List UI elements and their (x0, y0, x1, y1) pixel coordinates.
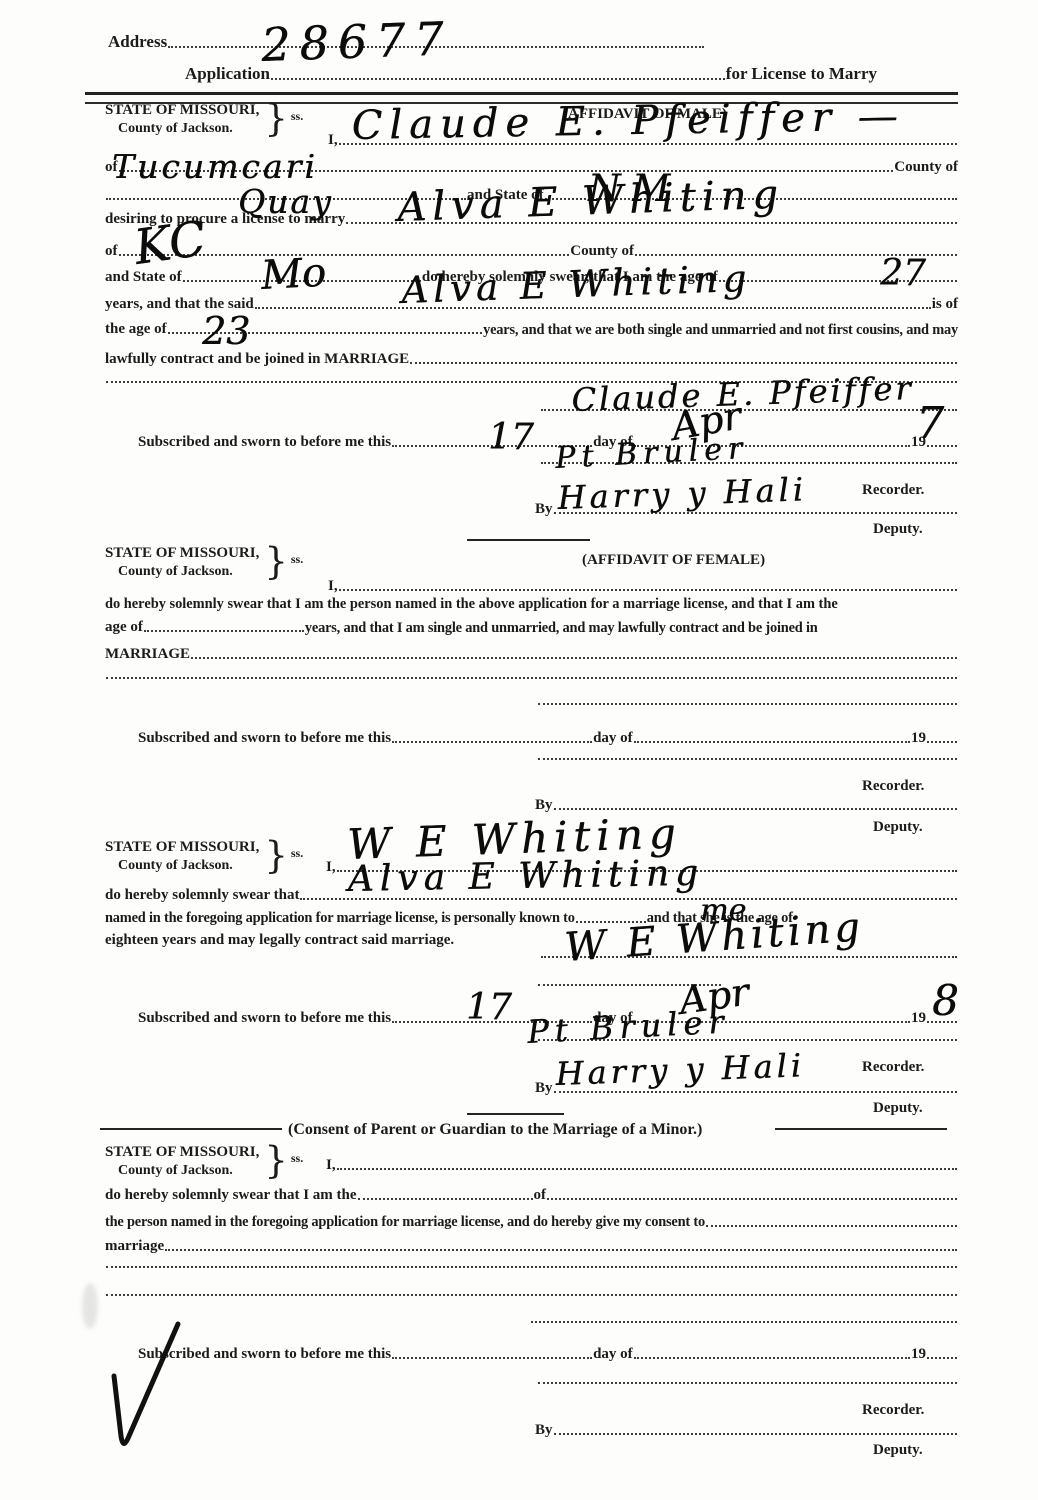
brace-glyph: } (264, 103, 288, 134)
witness-swear-label: do hereby solemnly swear that (105, 887, 299, 904)
consent-relation-line: do hereby solemnly swear that I am the o… (105, 1187, 958, 1204)
section-separator-1 (467, 539, 590, 541)
sworn-day-blank (392, 739, 592, 743)
deputy-label-1: Deputy. (873, 521, 923, 538)
handwriting-bride-city: KC (131, 215, 208, 272)
scanned-marriage-application-page: Address Application for License to Marry… (0, 0, 1038, 1500)
nineteen-label: 19 (911, 1346, 926, 1363)
consent-title: (Consent of Parent or Guardian to the Ma… (288, 1121, 702, 1139)
state-label: STATE OF MISSOURI, (105, 544, 259, 563)
age-of-label: age of (105, 619, 143, 636)
bride-name-2-blank (255, 305, 931, 309)
application-label: Application (185, 64, 270, 84)
handwriting-sworn-day-2: 17 (466, 990, 512, 1026)
lawfully-blank (410, 360, 957, 364)
marriage-label: MARRIAGE (105, 646, 190, 663)
handwriting-bride-name-3: Alva E Whiting (347, 856, 704, 898)
consent-title-rule-right (775, 1128, 947, 1130)
handwriting-bride-state: Mo (260, 253, 327, 296)
i-label: I, (328, 132, 338, 149)
i-label: I, (326, 859, 336, 876)
handwriting-recorder-signature-2: Pt Bruler (526, 1005, 730, 1048)
ss-label: ss. (291, 109, 303, 124)
handwriting-sworn-year-1: 7 (916, 402, 944, 446)
of-label: of (534, 1187, 547, 1204)
female-sworn-line: Subscribed and sworn to before me this d… (138, 730, 958, 747)
female-marriage-line: MARRIAGE (105, 646, 958, 663)
affidavit-female-title: (AFFIDAVIT OF FEMALE) (582, 552, 765, 569)
day-of-label: day of (593, 1346, 633, 1363)
blank-dotted-line (105, 1264, 958, 1272)
of-label: of (105, 243, 118, 260)
by-label: By (535, 797, 553, 814)
recorder-label-1: Recorder. (862, 482, 924, 499)
relation-blank (358, 1196, 533, 1200)
scan-smudge-artifact (82, 1283, 98, 1329)
venue-block-male: STATE OF MISSOURI, County of Jackson. } … (105, 101, 303, 137)
sworn-label: Subscribed and sworn to before me this (138, 1010, 391, 1027)
witness-named-label: named in the foregoing application for m… (105, 910, 575, 927)
female-age-line: age of years, and that I am single and u… (105, 619, 958, 636)
female-name-blank (339, 587, 957, 591)
section-separator-3 (467, 1113, 564, 1115)
consent-person-line: the person named in the foregoing applic… (105, 1214, 958, 1231)
handwriting-groom-name: Claude E. Pfeiffer — (351, 96, 905, 146)
recorder-label-2: Recorder. (862, 778, 924, 795)
years-single-label: years, and that we are both single and u… (483, 322, 958, 339)
female-i-line: I, (328, 578, 958, 595)
by-label: By (535, 1422, 553, 1439)
blank-line (106, 1264, 957, 1268)
by-label: By (535, 501, 553, 518)
recorder-signature-line-4 (537, 1380, 958, 1388)
lawfully-label: lawfully contract and be joined in MARRI… (105, 351, 409, 368)
handwriting-sworn-day-1: 17 (488, 420, 534, 456)
deputy-blank-4 (554, 1431, 957, 1435)
day-of-label: day of (593, 730, 633, 747)
deputy-label-3: Deputy. (873, 1100, 923, 1117)
recorder-label-4: Recorder. (862, 1402, 924, 1419)
brace-glyph: } (264, 840, 288, 871)
consent-signature-blank (531, 1319, 957, 1323)
is-of-label: is of (932, 296, 958, 313)
consent-marriage-blank (165, 1247, 957, 1251)
female-swear-text: do hereby solemnly swear that I am the p… (105, 596, 958, 613)
county-of-label: County of (894, 159, 958, 176)
i-label: I, (328, 578, 338, 595)
ss-label: ss. (291, 1151, 303, 1166)
county-label: County of Jackson. (105, 857, 259, 875)
deputy-blank-2 (554, 806, 957, 810)
recorder-label-3: Recorder. (862, 1059, 924, 1076)
female-age-blank (144, 628, 304, 632)
blank-dotted-line (105, 1292, 958, 1300)
recorder-blank-4 (538, 1380, 957, 1384)
sworn-year-blank (927, 1355, 957, 1359)
handwriting-deputy-signature-2: Harry y Hali (555, 1049, 805, 1090)
female-signature-blank (538, 701, 957, 705)
consent-name-blank (337, 1166, 957, 1170)
state-label: STATE OF MISSOURI, (105, 838, 259, 857)
handwriting-bride-name-2: Alva E Whiting (401, 260, 752, 309)
address-label: Address (108, 32, 167, 52)
handwriting-sworn-year-2: 8 (932, 980, 959, 1022)
county-label: County of Jackson. (105, 120, 259, 138)
bride-city-line: of County of (105, 243, 958, 260)
female-signature-line (537, 701, 958, 709)
consent-title-rule-left (100, 1128, 282, 1130)
venue-block-witness: STATE OF MISSOURI, County of Jackson. } … (105, 838, 303, 874)
deputy-by-line-4: By (535, 1422, 958, 1439)
county-label: County of Jackson. (105, 563, 259, 581)
handwriting-groom-city: Tucumcari (112, 150, 318, 183)
ss-label: ss. (291, 846, 303, 861)
blank-dotted-line (105, 675, 958, 683)
male-sworn-line: Subscribed and sworn to before me this d… (138, 434, 958, 451)
consent-i-am-the-label: do hereby solemnly swear that I am the (105, 1187, 357, 1204)
consent-to-blank (706, 1223, 957, 1227)
consent-i-line: I, (326, 1157, 958, 1174)
nineteen-label: 19 (911, 730, 926, 747)
sworn-month-blank (634, 739, 910, 743)
deputy-label-4: Deputy. (873, 1442, 923, 1459)
sworn-day-blank (392, 1355, 592, 1359)
sworn-label: Subscribed and sworn to before me this (138, 730, 391, 747)
deputy-label-2: Deputy. (873, 819, 923, 836)
handwriting-groom-age: 27 (880, 256, 926, 292)
handwriting-groom-county: Quay (238, 185, 333, 218)
state-label: STATE OF MISSOURI, (105, 1143, 259, 1162)
handwriting-application-number: 28677 (260, 15, 453, 68)
handwriting-deputy-signature-1: Harry y Hali (557, 473, 807, 514)
eighteen-years-text: eighteen years and may legally contract … (105, 932, 454, 949)
state-label: STATE OF MISSOURI, (105, 101, 259, 120)
ss-label: ss. (291, 552, 303, 567)
by-label: By (535, 1080, 553, 1097)
i-label: I, (326, 1157, 336, 1174)
application-number-line (271, 76, 725, 80)
county-label: County of Jackson. (105, 1162, 259, 1180)
venue-block-consent: STATE OF MISSOURI, County of Jackson. } … (105, 1143, 303, 1179)
recorder-blank-2 (538, 756, 957, 760)
sworn-label: Subscribed and sworn to before me this (138, 434, 391, 451)
license-to-marry-label: for License to Marry (726, 64, 877, 84)
consent-signature-line (530, 1319, 958, 1327)
female-marriage-blank (191, 655, 957, 659)
recorder-signature-line-2 (537, 756, 958, 764)
handwriting-bride-age: 23 (202, 312, 250, 350)
female-years-single-label: years, and that I am single and unmarrie… (305, 620, 818, 637)
blank-line (106, 675, 957, 679)
checkmark-handwriting (98, 1318, 198, 1458)
brace-glyph: } (264, 546, 288, 577)
sworn-month-blank (634, 1355, 910, 1359)
county-of-label: County of (570, 243, 634, 260)
lawfully-line: lawfully contract and be joined in MARRI… (105, 351, 958, 368)
marriage-label: marriage (105, 1238, 164, 1255)
brace-glyph: } (264, 1145, 288, 1176)
venue-block-female: STATE OF MISSOURI, County of Jackson. } … (105, 544, 303, 580)
consent-person-label: the person named in the foregoing applic… (105, 1214, 705, 1231)
nineteen-label: 19 (911, 1010, 926, 1027)
sworn-year-blank (927, 739, 957, 743)
minor-name-blank (547, 1196, 957, 1200)
the-age-of-label: the age of (105, 321, 167, 338)
consent-sworn-line: Subscribed and sworn to before me this d… (138, 1346, 958, 1363)
blank-line (106, 1292, 957, 1296)
consent-marriage-line: marriage (105, 1238, 958, 1255)
